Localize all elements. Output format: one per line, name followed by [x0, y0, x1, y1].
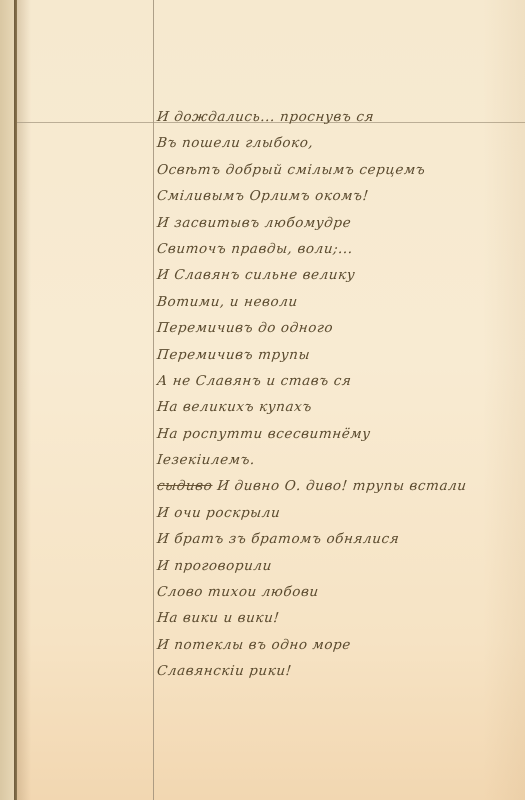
poem-line: И Славянъ сильне велику	[156, 262, 519, 288]
poem-line: Перемичивъ до одного	[156, 315, 519, 341]
poem-line: На великихъ купахъ	[156, 394, 519, 420]
poem-line: Перемичивъ трупы	[156, 342, 519, 368]
poem-line: И дождались... проснувъ ся	[156, 104, 519, 130]
facing-page-edge	[0, 0, 14, 800]
poem-line: И потеклы въ одно море	[156, 632, 519, 658]
poem-line: Славянскіи рики!	[156, 658, 519, 684]
poem-line: Вотими, и неволи	[156, 289, 519, 315]
poem-line: Свиточъ правды, воли;...	[156, 236, 519, 262]
poem-line: Освѣтъ добрый смілымъ серцемъ	[156, 157, 519, 183]
poem-line: Сміливымъ Орлимъ окомъ!	[156, 183, 519, 209]
poem-line: И проговорили	[156, 553, 519, 579]
poem-line-text: И дивно О. диво! трупы встали	[216, 478, 467, 494]
poem-text: И дождались... проснувъ ся Въ пошели глы…	[157, 104, 517, 685]
poem-line: Іезекіилемъ.	[156, 447, 519, 473]
poem-line: И очи роскрыли	[156, 500, 519, 526]
binding-shadow	[17, 0, 31, 800]
poem-line: сыдиво И дивно О. диво! трупы встали	[156, 473, 519, 499]
poem-line: Въ пошели глыбоко,	[156, 130, 519, 156]
poem-line: И засвитывъ любомудре	[156, 210, 519, 236]
struck-word: сыдиво	[156, 478, 213, 494]
poem-line: Слово тихои любови	[156, 579, 519, 605]
poem-line: На вики и вики!	[156, 605, 519, 631]
margin-rule	[153, 0, 154, 800]
manuscript-page: И дождались... проснувъ ся Въ пошели глы…	[0, 0, 525, 800]
poem-line: И братъ зъ братомъ обнялися	[156, 526, 519, 552]
poem-line: На роспутти всесвитнёму	[156, 421, 519, 447]
poem-line: А не Славянъ и ставъ ся	[156, 368, 519, 394]
